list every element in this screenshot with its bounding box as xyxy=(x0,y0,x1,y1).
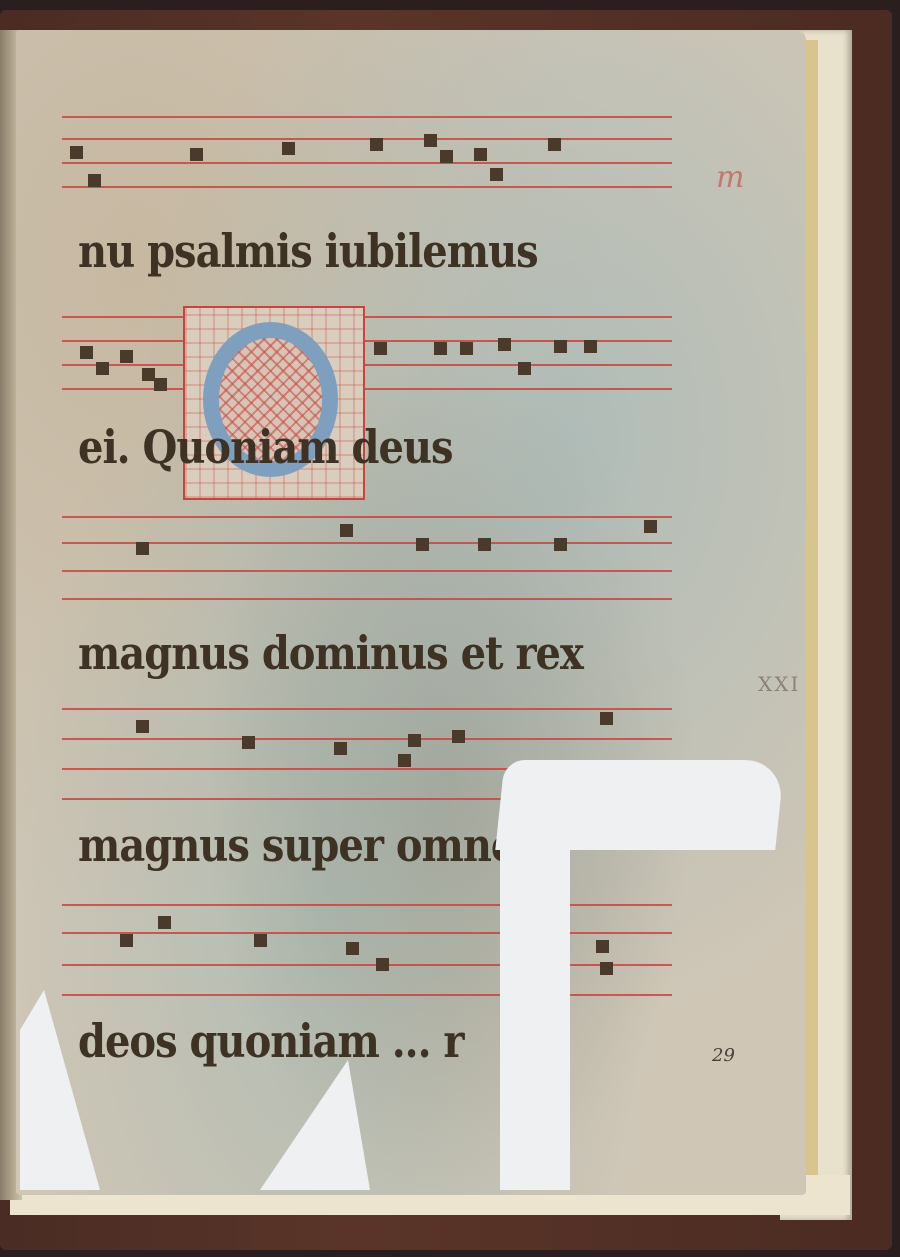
lyric-line-5: deos quoniam ... r xyxy=(78,1014,464,1068)
folio-number: 29 xyxy=(712,1045,735,1066)
music-staff-2 xyxy=(62,312,672,384)
margin-roman-numeral: XXI xyxy=(758,672,800,696)
music-staff-1 xyxy=(62,112,672,184)
lyric-line-4: magnus super omnes xyxy=(78,818,537,872)
margin-rubric: m xyxy=(716,160,796,260)
paper-repair-column xyxy=(500,820,570,1190)
music-staff-3 xyxy=(62,512,672,584)
lyric-line-1: nu psalmis iubilemus xyxy=(78,224,538,278)
lyric-line-3: magnus dominus et rex xyxy=(78,626,583,680)
music-staff-5 xyxy=(62,900,672,972)
lyric-line-2: ei. Quoniam deus xyxy=(78,420,453,474)
